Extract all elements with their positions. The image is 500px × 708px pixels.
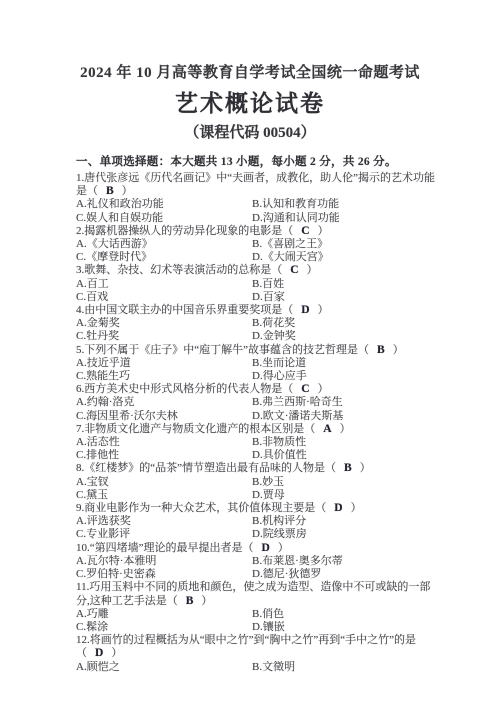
question-block: 4.由中国文联主办的中国音乐界重要奖项是（D） A.金菊奖B.荷花奖C.牡丹奖D… [76, 304, 444, 344]
question-block: 12.将画竹的过程概括为从“眼中之竹”到“胸中之竹”再到“手中之竹”的是（D） … [76, 634, 444, 674]
question-stem: 6.西方美术史中形式风格分析的代表人物是 [76, 383, 282, 395]
option-item: B.妙玉 [252, 476, 444, 489]
option-item: B.百姓 [252, 278, 444, 291]
option-item: C.《摩登时代》 [76, 251, 252, 264]
answer-parens: （D） [282, 304, 328, 316]
question-stem: 3.歌舞、杂技、幻术等表演活动的总称是 [76, 264, 271, 276]
option-item: D.院线票房 [252, 528, 444, 541]
option-item: D.具价值性 [252, 449, 444, 462]
option-item: C.海因里希·沃尔夫林 [76, 410, 252, 423]
question-stem: 12.将画竹的过程概括为从“眼中之竹”到“胸中之竹”再到“手中之竹”的是 [76, 634, 416, 646]
option-item: C.牡丹奖 [76, 330, 252, 343]
answer-letter: C [301, 225, 309, 237]
document-header: 2024 年 10 月高等教育自学考试全国统一命题考试 艺术概论试卷 （课程代码… [0, 0, 500, 142]
question-stem-line: 11.巧用玉料中不同的质地和颜色，使之成为造型、造像中不可或缺的一部分,这种工艺… [76, 581, 444, 607]
option-item: C.熟能生巧 [76, 370, 252, 383]
option-item: B.文徵明 [252, 661, 444, 674]
option-grid: A.《大话西游》B.《喜剧之王》C.《摩登时代》D.《大闹天宫》 [76, 238, 444, 264]
question-stem: 2.揭露机器操纵人的劳动异化现象的电影是 [76, 225, 282, 237]
option-item: D.贾母 [252, 489, 444, 502]
option-grid: A.巧雕B.俏色C.髹涂D.镶嵌 [76, 608, 444, 634]
option-item: A.宝钗 [76, 476, 252, 489]
answer-letter: D [262, 542, 270, 554]
option-grid: A.评选获奖B.机构评分C.专业影评D.院线票房 [76, 515, 444, 541]
answer-parens: （C） [271, 264, 317, 276]
answer-letter: D [95, 647, 103, 659]
question-stem-line: 2.揭露机器操纵人的劳动异化现象的电影是（C） [76, 225, 444, 238]
option-item: B.俏色 [252, 608, 444, 621]
option-item: C.髹涂 [76, 621, 252, 634]
answer-letter: B [186, 595, 194, 607]
option-item: A.《大话西游》 [76, 238, 252, 251]
answer-parens: （B） [167, 595, 213, 607]
answer-parens: （B） [325, 462, 371, 474]
answer-letter: C [301, 383, 309, 395]
option-item: D.沟通和认同功能 [252, 212, 444, 225]
question-block: 2.揭露机器操纵人的劳动异化现象的电影是（C） A.《大话西游》B.《喜剧之王》… [76, 225, 444, 265]
question-block: 9.商业电影作为一种大众艺术，其价值体现主要是（D） A.评选获奖B.机构评分C… [76, 502, 444, 542]
option-item: B.布莱恩·奥多尔蒂 [252, 555, 444, 568]
answer-parens: （D） [243, 542, 289, 554]
question-stem-line: 5.下列不属于《庄子》中“庖丁解牛”故事蕴含的技艺哲理是（B） [76, 344, 444, 357]
exam-page: 2024 年 10 月高等教育自学考试全国统一命题考试 艺术概论试卷 （课程代码… [0, 0, 500, 708]
question-stem-line: 9.商业电影作为一种大众艺术，其价值体现主要是（D） [76, 502, 444, 515]
question-block: 10.“第四堵墙”理论的最早提出者是（D） A.瓦尔特·本雅明B.布莱恩·奥多尔… [76, 542, 444, 582]
option-item: B.荷花奖 [252, 317, 444, 330]
answer-parens: （D） [315, 502, 361, 514]
option-item: A.巧雕 [76, 608, 252, 621]
answer-letter: D [334, 502, 342, 514]
option-item: A.评选获奖 [76, 515, 252, 528]
option-item: A.礼仪和政治功能 [76, 198, 252, 211]
question-list: 1.唐代张彦远《历代名画记》中“夫画者，成教化，助人伦”揭示的艺术功能是（B） … [76, 172, 444, 674]
option-item: B.弗兰西斯·哈奇生 [252, 396, 444, 409]
option-item: B.认知和教育功能 [252, 198, 444, 211]
option-item: D.百家 [252, 291, 444, 304]
option-item: D.《大闹天宫》 [252, 251, 444, 264]
question-block: 8.《红楼梦》的“品茶”情节塑造出最有品味的人物是（B） A.宝钗B.妙玉C.黛… [76, 462, 444, 502]
option-grid: A.宝钗B.妙玉C.黛玉D.贾母 [76, 476, 444, 502]
exam-title: 艺术概论试卷 [0, 91, 500, 116]
question-block: 6.西方美术史中形式风格分析的代表人物是（C） A.约翰·洛克B.弗兰西斯·哈奇… [76, 383, 444, 423]
section-heading: 一、单项选择题：本大题共 13 小题，每小题 2 分，共 26 分。 [76, 155, 444, 169]
exam-body: 一、单项选择题：本大题共 13 小题，每小题 2 分，共 26 分。 1.唐代张… [76, 155, 444, 674]
option-item: A.约翰·洛克 [76, 396, 252, 409]
question-stem-line: 12.将画竹的过程概括为从“眼中之竹”到“胸中之竹”再到“手中之竹”的是（D） [76, 634, 444, 660]
answer-parens: （C） [282, 383, 328, 395]
question-stem-line: 1.唐代张彦远《历代名画记》中“夫画者，成教化，助人伦”揭示的艺术功能是（B） [76, 172, 444, 198]
question-stem-line: 3.歌舞、杂技、幻术等表演活动的总称是（C） [76, 264, 444, 277]
exam-session-title: 2024 年 10 月高等教育自学考试全国统一命题考试 [0, 65, 500, 82]
answer-letter: B [344, 462, 352, 474]
option-grid: A.技近乎道B.坐而论道C.熟能生巧D.得心应手 [76, 357, 444, 383]
option-grid: A.约翰·洛克B.弗兰西斯·哈奇生C.海因里希·沃尔夫林D.欧文·潘诺夫斯基 [76, 396, 444, 422]
option-item: C.娱人和自娱功能 [76, 212, 252, 225]
option-item: D.德尼·狄德罗 [252, 568, 444, 581]
option-item: B.坐而论道 [252, 357, 444, 370]
question-block: 11.巧用玉料中不同的质地和颜色，使之成为造型、造像中不可或缺的一部分,这种工艺… [76, 581, 444, 634]
question-stem: 11.巧用玉料中不同的质地和颜色，使之成为造型、造像中不可或缺的一部分,这种工艺… [76, 581, 430, 606]
option-grid: A.顾恺之B.文徵明 [76, 661, 444, 674]
option-item: A.瓦尔特·本雅明 [76, 555, 252, 568]
answer-letter: C [290, 264, 298, 276]
question-stem-line: 10.“第四堵墙”理论的最早提出者是（D） [76, 542, 444, 555]
question-stem: 8.《红楼梦》的“品茶”情节塑造出最有品味的人物是 [76, 462, 325, 474]
option-grid: A.百工B.百姓C.百戏D.百家 [76, 278, 444, 304]
question-block: 3.歌舞、杂技、幻术等表演活动的总称是（C） A.百工B.百姓C.百戏D.百家 [76, 264, 444, 304]
question-stem-line: 8.《红楼梦》的“品茶”情节塑造出最有品味的人物是（B） [76, 462, 444, 475]
question-stem: 5.下列不属于《庄子》中“庖丁解牛”故事蕴含的技艺哲理是 [76, 344, 358, 356]
option-item: A.技近乎道 [76, 357, 252, 370]
option-item: A.活态性 [76, 436, 252, 449]
option-item: A.百工 [76, 278, 252, 291]
question-stem-line: 7.非物质文化遗产与物质文化遗产的根本区别是（A） [76, 423, 444, 436]
option-item: B.非物质性 [252, 436, 444, 449]
answer-parens: （A） [304, 423, 350, 435]
option-item: B.《喜剧之王》 [252, 238, 444, 251]
option-item: D.欧文·潘诺夫斯基 [252, 410, 444, 423]
option-item: C.百戏 [76, 291, 252, 304]
answer-parens: （C） [282, 225, 328, 237]
option-item: D.得心应手 [252, 370, 444, 383]
answer-letter: B [106, 185, 114, 197]
option-item: C.罗伯特·史密森 [76, 568, 252, 581]
option-item: D.镶嵌 [252, 621, 444, 634]
question-stem-line: 6.西方美术史中形式风格分析的代表人物是（C） [76, 383, 444, 396]
answer-parens: （D） [76, 647, 122, 659]
answer-parens: （B） [87, 185, 133, 197]
option-grid: A.金菊奖B.荷花奖C.牡丹奖D.金钟奖 [76, 317, 444, 343]
option-item: D.金钟奖 [252, 330, 444, 343]
answer-letter: D [301, 304, 309, 316]
option-item: C.专业影评 [76, 528, 252, 541]
option-item: C.排他性 [76, 449, 252, 462]
question-stem: 10.“第四堵墙”理论的最早提出者是 [76, 542, 243, 554]
question-block: 5.下列不属于《庄子》中“庖丁解牛”故事蕴含的技艺哲理是（B） A.技近乎道B.… [76, 344, 444, 384]
question-stem: 7.非物质文化遗产与物质文化遗产的根本区别是 [76, 423, 304, 435]
question-block: 1.唐代张彦远《历代名画记》中“夫画者，成教化，助人伦”揭示的艺术功能是（B） … [76, 172, 444, 225]
answer-parens: （B） [358, 344, 404, 356]
question-block: 7.非物质文化遗产与物质文化遗产的根本区别是（A） A.活态性B.非物质性C.排… [76, 423, 444, 463]
answer-letter: B [377, 344, 385, 356]
option-item: C.黛玉 [76, 489, 252, 502]
question-stem: 9.商业电影作为一种大众艺术，其价值体现主要是 [76, 502, 315, 514]
option-item: A.顾恺之 [76, 661, 252, 674]
option-grid: A.活态性B.非物质性C.排他性D.具价值性 [76, 436, 444, 462]
option-grid: A.礼仪和政治功能B.认知和教育功能C.娱人和自娱功能D.沟通和认同功能 [76, 198, 444, 224]
question-stem-line: 4.由中国文联主办的中国音乐界重要奖项是（D） [76, 304, 444, 317]
course-code: （课程代码 00504） [0, 125, 500, 142]
option-item: A.金菊奖 [76, 317, 252, 330]
question-stem: 4.由中国文联主办的中国音乐界重要奖项是 [76, 304, 282, 316]
answer-letter: A [323, 423, 331, 435]
option-grid: A.瓦尔特·本雅明B.布莱恩·奥多尔蒂C.罗伯特·史密森D.德尼·狄德罗 [76, 555, 444, 581]
option-item: B.机构评分 [252, 515, 444, 528]
